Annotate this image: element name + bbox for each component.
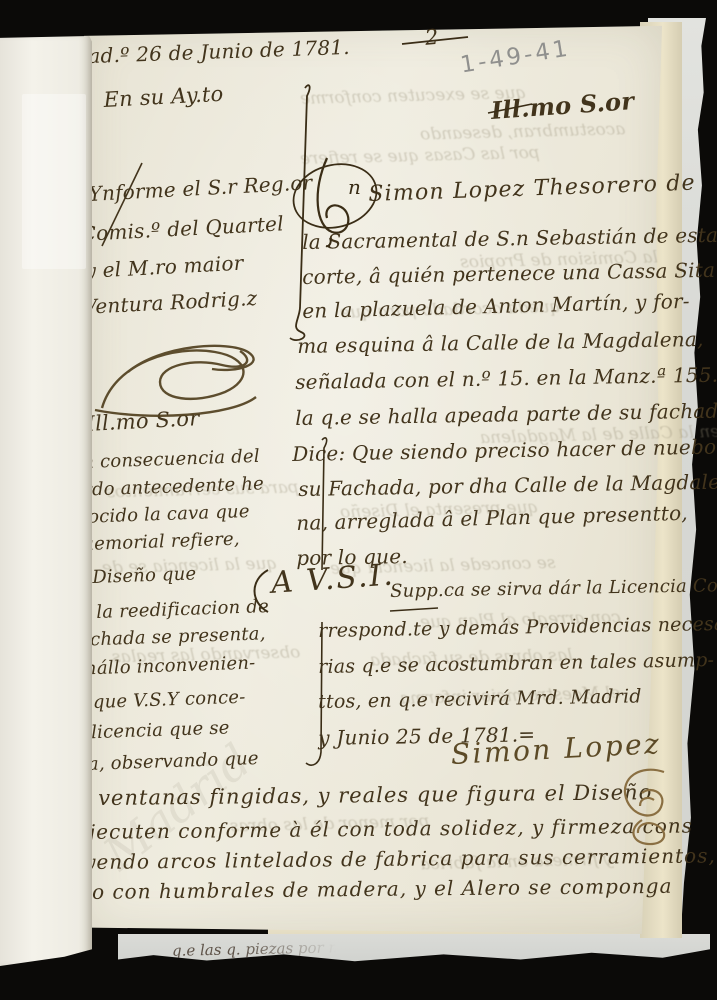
- condition-line: yendo arcos lintelados de fabrica para s…: [84, 843, 716, 874]
- condition-line: no con humbrales de madera, y el Alero s…: [78, 874, 673, 904]
- left-facing-sheet: [0, 36, 92, 966]
- ink-layer: que se executen conformeacostumbran, des…: [0, 0, 717, 1000]
- paper-watermark: [22, 94, 86, 269]
- conditions-text: ventanas fingidas, y reales que figura e…: [0, 0, 717, 1000]
- condition-line: ejecuten conforme à él con toda solidez,…: [76, 814, 693, 844]
- condition-line: ventanas fingidas, y reales que figura e…: [98, 780, 652, 810]
- manuscript-photograph: oy)nq.a)hawvr q.e las q. piezas por m qu…: [0, 0, 717, 1000]
